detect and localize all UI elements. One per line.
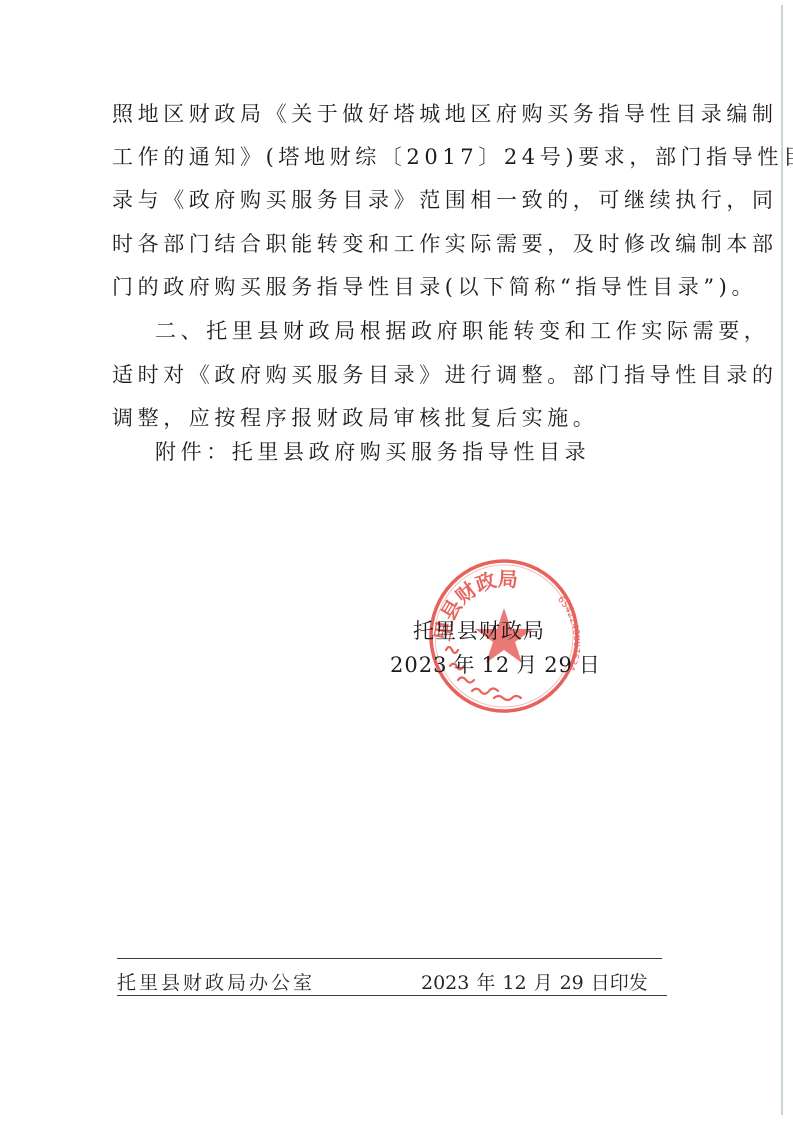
footer-top-rule	[117, 958, 662, 959]
body-line: 工作的通知》(塔地财综〔2017〕24号)要求，部门指导性目	[112, 142, 672, 172]
footer-year: 2023	[421, 972, 469, 994]
signature-month-unit: 月	[516, 653, 538, 677]
body-line: 二、托里县财政局根据政府职能转变和工作实际需要，	[155, 316, 715, 346]
signature-year-unit: 年	[453, 653, 475, 677]
signature-month: 12	[481, 653, 510, 677]
signature-day-unit: 日	[579, 653, 601, 677]
footer-bottom-rule	[117, 995, 667, 996]
footer-month: 12	[502, 972, 526, 994]
footer-day-suffix: 日印发	[591, 972, 648, 994]
footer-day: 29	[560, 972, 584, 994]
body-line: 调整，应按程序报财政局审核批复后实施。	[112, 403, 672, 433]
signature-day: 29	[544, 653, 573, 677]
body-line: 门的政府购买服务指导性目录(以下简称“指导性目录”)。	[112, 272, 672, 302]
attachment-line: 附件：托里县政府购买服务指导性目录	[155, 437, 715, 467]
body-line: 录与《政府购买服务目录》范围相一致的，可继续执行，同	[112, 185, 672, 215]
signature-organization: 托里县财政局	[413, 616, 545, 646]
footer-issuer: 托里县财政局办公室	[117, 970, 315, 996]
signature-year: 2023	[390, 653, 447, 677]
footer-year-unit: 年	[476, 972, 495, 994]
footer-issue-date: 2023年12月29日印发	[421, 970, 655, 996]
body-line: 适时对《政府购买服务目录》进行调整。部门指导性目录的	[112, 360, 672, 390]
footer-month-unit: 月	[534, 972, 553, 994]
body-line: 时各部门结合职能转变和工作实际需要，及时修改编制本部	[112, 229, 672, 259]
body-line: 照地区财政局《关于做好塔城地区府购买务指导性目录编制	[112, 99, 672, 129]
scan-edge-line	[781, 5, 783, 1115]
signature-date: 2023年12月29日	[390, 650, 607, 680]
document-page: 照地区财政局《关于做好塔城地区府购买务指导性目录编制 工作的通知》(塔地财综〔2…	[0, 0, 793, 1122]
